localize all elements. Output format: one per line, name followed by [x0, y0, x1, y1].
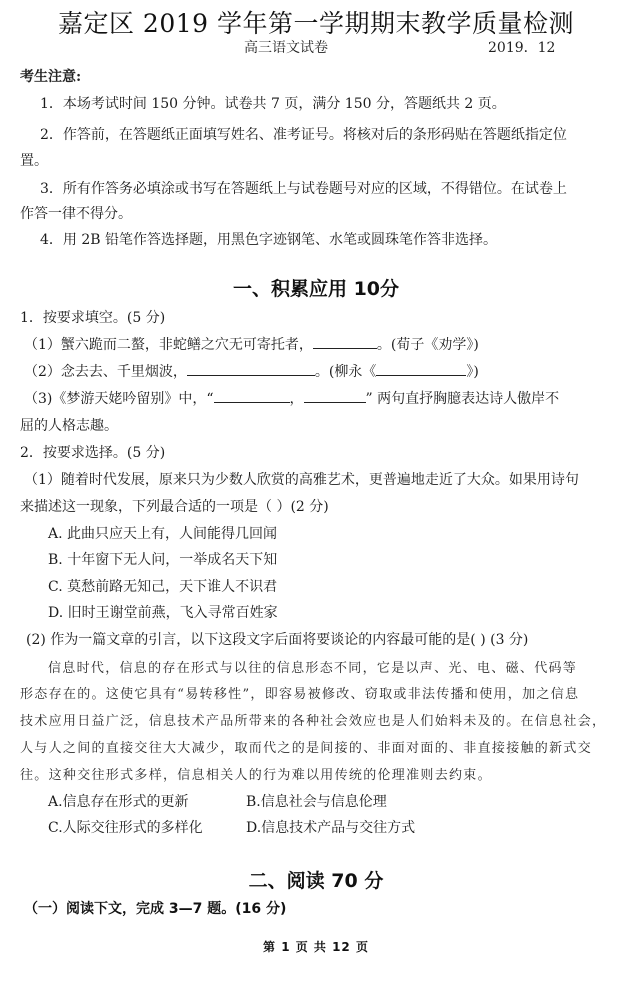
passage-line-4: 人与人之间的直接交往大大减少，取而代之的是间接的、非面对面的、非直接接触的新式交 [20, 737, 592, 756]
notice-item-2: 2．作答前，在答题纸正面填写姓名、准考证号。将核对后的条形码贴在答题纸指定位 [40, 124, 567, 144]
passage-line-2: 形态存在的。这使它具有“易转移性”，即容易被修改、窃取或非法传播和使用，加之信息 [20, 683, 579, 702]
notice-item-2-cont: 置。 [20, 150, 48, 170]
q1-part-3-blank-2[interactable] [304, 388, 366, 403]
exam-date: 2019．12 [488, 37, 555, 57]
q2-sub2-option-c[interactable]: C.人际交往形式的多样化 [48, 817, 203, 837]
page-number: 第 1 页 共 12 页 [0, 938, 632, 955]
q1-part-1-source: 。(荀子《劝学》) [377, 337, 479, 353]
q1-part-3-after: ” 两句直抒胸臆表达诗人傲岸不 [366, 391, 560, 407]
passage-line-3: 技术应用日益广泛，信息技术产品所带来的各种社会效应也是人们始料未及的。在信息社会… [20, 710, 606, 729]
q2-sub1-option-d[interactable]: D. 旧时王谢堂前燕，飞入寻常百姓家 [48, 602, 278, 622]
q2-sub1-option-c[interactable]: C. 莫愁前路无知己，天下谁人不识君 [48, 576, 277, 596]
q1-part-1: （1）蟹六跪而二螯，非蛇鳝之穴无可寄托者，。(荀子《劝学》) [24, 334, 479, 354]
q1-part-2-text: （2）念去去、千里烟波， [24, 364, 187, 380]
q1-part-2-close: 》) [466, 364, 478, 380]
section-1-heading: 一、积累应用 10分 [0, 274, 632, 301]
notice-label: 考生注意: [20, 66, 81, 86]
q1-part-3-blank-1[interactable] [214, 388, 290, 403]
notice-item-1: 1．本场考试时间 150 分钟。试卷共 7 页，满分 150 分，答题纸共 2 … [40, 93, 506, 113]
q2-stem: 2．按要求选择。(5 分) [20, 442, 165, 462]
q2-sub1-option-a[interactable]: A. 此曲只应天上有，人间能得几回闻 [48, 523, 277, 543]
q2-sub2-option-a[interactable]: A.信息存在形式的更新 [48, 791, 189, 811]
q2-sub2-stem: (2) 作为一篇文章的引言，以下这段文字后面将要谈论的内容最可能的是( ) (3… [26, 629, 528, 649]
exam-title: 嘉定区 2019 学年第一学期期末教学质量检测 [0, 4, 632, 40]
passage-line-1: 信息时代，信息的存在形式与以往的信息形态不同，它是以声、光、电、磁、代码等 [48, 657, 577, 676]
q1-part-2-title-blank[interactable] [376, 361, 466, 376]
q2-sub1-option-b[interactable]: B. 十年窗下无人问，一举成名天下知 [48, 549, 277, 569]
q1-part-3-text: （3)《梦游天姥吟留别》中，“ [24, 391, 214, 407]
section-2-heading: 二、阅读 70 分 [0, 866, 632, 893]
q2-sub1-line1: （1）随着时代发展，原来只为少数人欣赏的高雅艺术，更普遍地走近了大众。如果用诗句 [24, 469, 579, 489]
q1-part-3-comma: ， [290, 391, 304, 407]
q2-sub1-line2: 来描述这一现象，下列最合适的一项是（ ）(2 分) [20, 496, 329, 516]
q1-part-2: （2）念去去、千里烟波，。(柳永《》) [24, 361, 479, 381]
notice-item-3-cont: 作答一律不得分。 [20, 203, 132, 223]
q2-sub2-option-b[interactable]: B.信息社会与信息伦理 [246, 791, 387, 811]
q1-part-1-blank[interactable] [313, 334, 377, 349]
q1-part-2-blank[interactable] [187, 361, 315, 376]
section-2-sub-heading: （一）阅读下文，完成 3—7 题。(16 分) [24, 898, 286, 918]
q2-sub2-option-d[interactable]: D.信息技术产品与交往方式 [246, 817, 415, 837]
q1-part-2-source: 。(柳永《 [315, 364, 376, 380]
q1-part-1-text: （1）蟹六跪而二螯，非蛇鳝之穴无可寄托者， [24, 337, 313, 353]
passage-line-5: 往。这种交往形式多样，信息相关人的行为难以用传统的伦理准则去约束。 [20, 764, 492, 783]
exam-subtitle: 高三语文试卷 [244, 37, 328, 57]
q1-part-3-cont: 屈的人格志趣。 [20, 415, 118, 435]
notice-item-3: 3．所有作答务必填涂或书写在答题纸上与试卷题号对应的区域，不得错位。在试卷上 [40, 178, 567, 198]
q1-stem: 1．按要求填空。(5 分) [20, 307, 165, 327]
q1-part-3: （3)《梦游天姥吟留别》中，“，” 两句直抒胸臆表达诗人傲岸不 [24, 388, 559, 408]
notice-item-4: 4．用 2B 铅笔作答选择题，用黑色字迹钢笔、水笔或圆珠笔作答非选择。 [40, 229, 497, 249]
